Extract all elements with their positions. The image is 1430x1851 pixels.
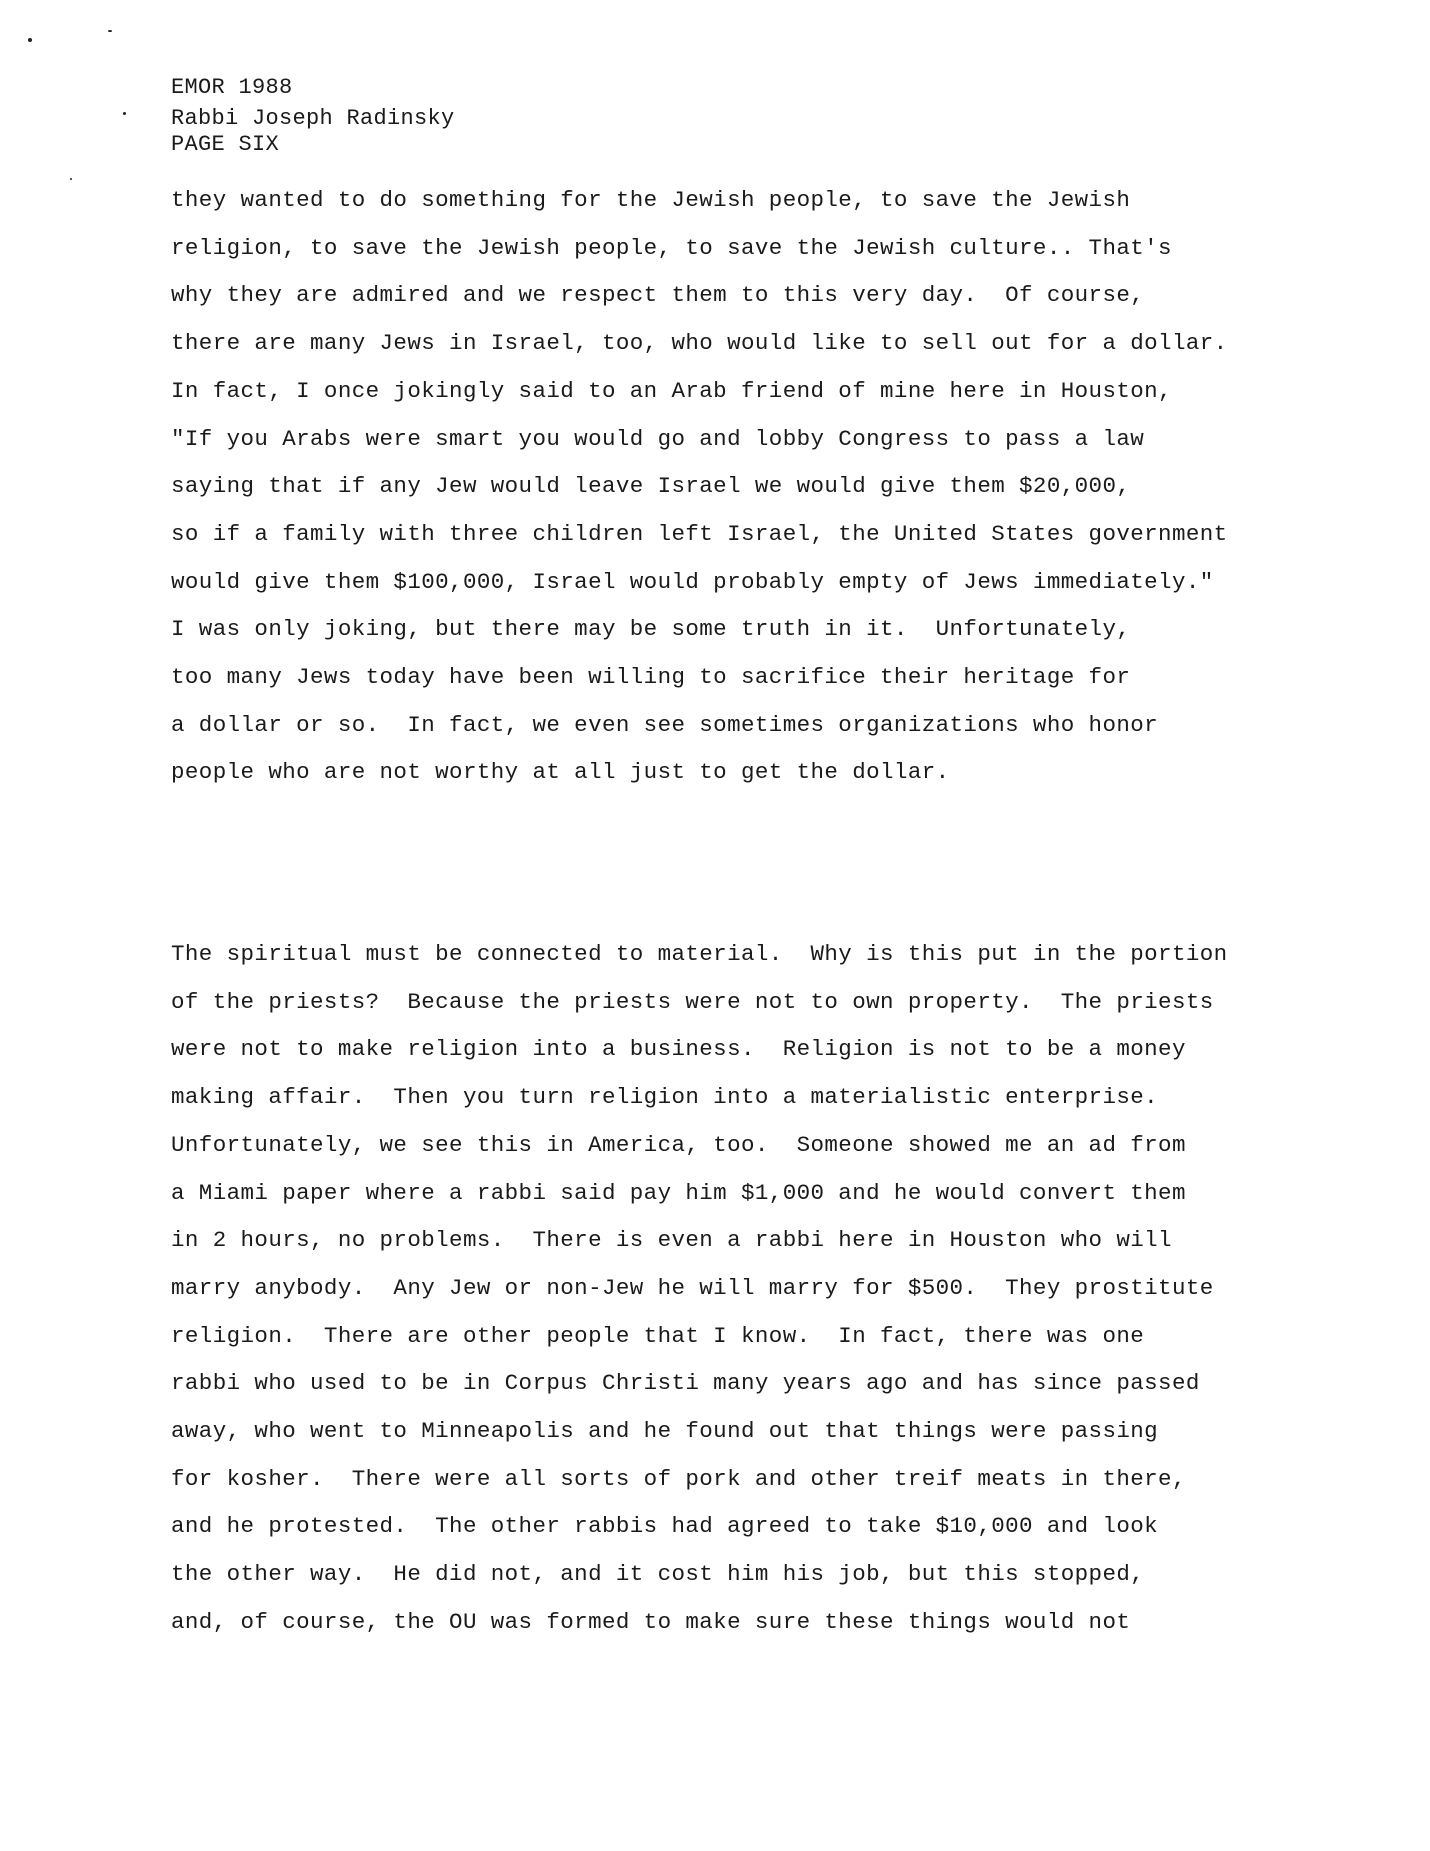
- text-line: I was only joking, but there may be some…: [171, 616, 1130, 642]
- text-line: a dollar or so. In fact, we even see som…: [171, 712, 1158, 738]
- text-line: away, who went to Minneapolis and he fou…: [171, 1418, 1158, 1444]
- text-line: were not to make religion into a busines…: [171, 1036, 1186, 1062]
- text-line: they wanted to do something for the Jewi…: [171, 187, 1130, 213]
- text-line: why they are admired and we respect them…: [171, 282, 1144, 308]
- text-line: "If you Arabs were smart you would go an…: [171, 426, 1144, 452]
- document-author: Rabbi Joseph Radinsky: [171, 106, 455, 131]
- text-line: a Miami paper where a rabbi said pay him…: [171, 1180, 1186, 1206]
- text-line: religion. There are other people that I …: [171, 1323, 1144, 1349]
- page-label: PAGE SIX: [171, 132, 279, 157]
- text-line: religion, to save the Jewish people, to …: [171, 235, 1172, 261]
- text-line: The spiritual must be connected to mater…: [171, 941, 1228, 967]
- text-line: so if a family with three children left …: [171, 521, 1228, 547]
- text-line: of the priests? Because the priests were…: [171, 989, 1214, 1015]
- scan-speck: [28, 38, 32, 42]
- scan-speck: [70, 178, 72, 180]
- text-line: and, of course, the OU was formed to mak…: [171, 1609, 1130, 1635]
- text-line: for kosher. There were all sorts of pork…: [171, 1466, 1186, 1492]
- text-line: In fact, I once jokingly said to an Arab…: [171, 378, 1172, 404]
- text-line: would give them $100,000, Israel would p…: [171, 569, 1214, 595]
- text-line: marry anybody. Any Jew or non-Jew he wil…: [171, 1275, 1214, 1301]
- scan-speck: [123, 112, 126, 115]
- text-line: and he protested. The other rabbis had a…: [171, 1513, 1158, 1539]
- document-page: EMOR 1988 Rabbi Joseph Radinsky PAGE SIX…: [0, 0, 1430, 1851]
- text-line: the other way. He did not, and it cost h…: [171, 1561, 1144, 1587]
- text-line: rabbi who used to be in Corpus Christi m…: [171, 1370, 1200, 1396]
- text-line: there are many Jews in Israel, too, who …: [171, 330, 1228, 356]
- text-line: saying that if any Jew would leave Israe…: [171, 473, 1130, 499]
- scan-speck: [108, 30, 112, 32]
- text-line: people who are not worthy at all just to…: [171, 759, 950, 785]
- document-title: EMOR 1988: [171, 75, 293, 100]
- text-line: making affair. Then you turn religion in…: [171, 1084, 1158, 1110]
- text-line: Unfortunately, we see this in America, t…: [171, 1132, 1186, 1158]
- text-line: in 2 hours, no problems. There is even a…: [171, 1227, 1172, 1253]
- text-line: too many Jews today have been willing to…: [171, 664, 1130, 690]
